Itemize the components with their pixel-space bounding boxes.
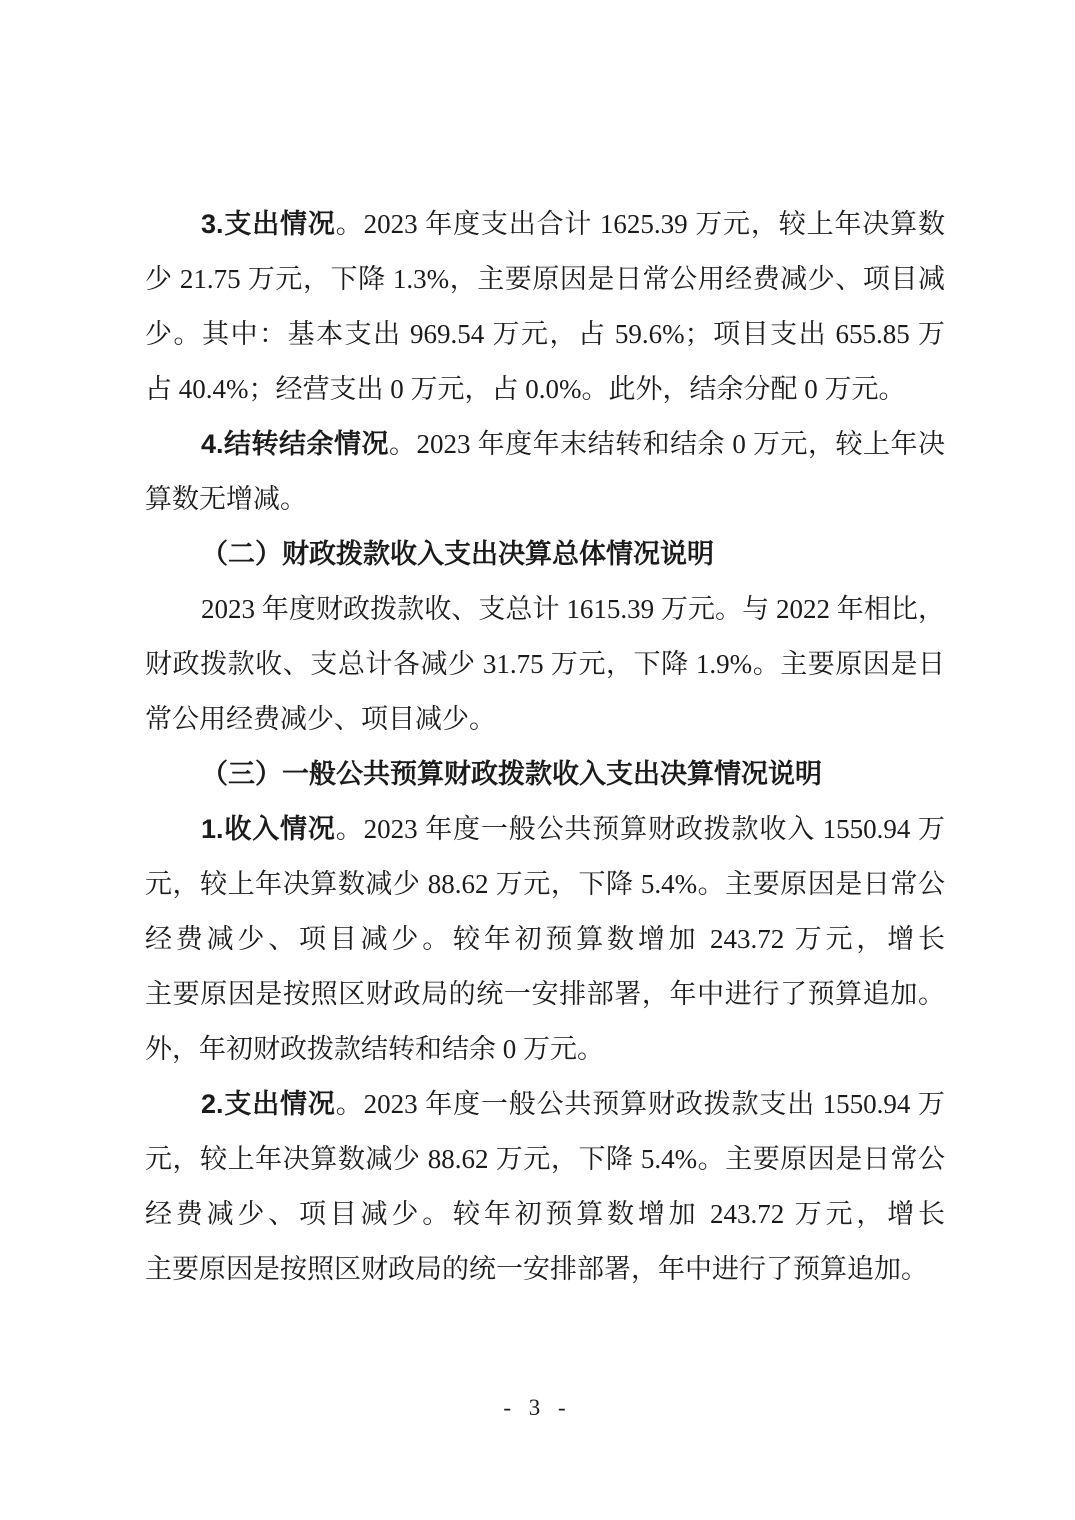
text-line: 少。其中：基本支出 969.54 万元，占 59.6%；项目支出 655.85 … [145,307,945,362]
text-line: 2.支出情况。2023 年度一般公共预算财政拨款支出 1550.94 万 [145,1077,945,1132]
text-segment: 。2023 年度一般公共预算财政拨款收入 1550.94 万 [336,814,945,844]
text-segment: 经费减少、项目减少。较年初预算数增加 243.72 万元，增长 18.6%。 [145,924,945,967]
text-line: 主要原因是按照区财政局的统一安排部署，年中进行了预算追加。此 [145,967,945,1022]
text-segment: 少 21.75 万元，下降 1.3%，主要原因是日常公用经费减少、项目减 [145,264,945,294]
text-line: 占 40.4%；经营支出 0 万元，占 0.0%。此外，结余分配 0 万元。 [145,362,945,417]
text-segment-bold: 3.支出情况 [201,209,336,239]
text-line: 经费减少、项目减少。较年初预算数增加 243.72 万元，增长 18.6%。 [145,1187,945,1242]
text-segment: 主要原因是按照区财政局的统一安排部署，年中进行了预算追加。此 [145,979,945,1022]
text-line: 经费减少、项目减少。较年初预算数增加 243.72 万元，增长 18.6%。 [145,912,945,967]
text-line: 主要原因是按照区财政局的统一安排部署，年中进行了预算追加。 [145,1242,945,1297]
text-segment: 元，较上年决算数减少 88.62 万元，下降 5.4%。主要原因是日常公用 [145,869,945,912]
text-segment: 占 40.4%；经营支出 0 万元，占 0.0%。此外，结余分配 0 万元。 [145,374,905,404]
text-segment-bold: （三）一般公共预算财政拨款收入支出决算情况说明 [201,759,822,789]
text-line: （二）财政拨款收入支出决算总体情况说明 [145,527,945,582]
text-segment: 少。其中：基本支出 969.54 万元，占 59.6%；项目支出 655.85 … [145,319,945,362]
text-line: 2023 年度财政拨款收、支总计 1615.39 万元。与 2022 年相比， [145,582,945,637]
text-segment: 元，较上年决算数减少 88.62 万元，下降 5.4%。主要原因是日常公用 [145,1144,945,1187]
page-footer: - 3 - [0,1395,1075,1421]
document-page: 3.支出情况。2023 年度支出合计 1625.39 万元，较上年决算数减少 2… [0,0,1075,1520]
text-line: 外，年初财政拨款结转和结余 0 万元。 [145,1022,945,1077]
text-line: 元，较上年决算数减少 88.62 万元，下降 5.4%。主要原因是日常公用 [145,857,945,912]
text-line: 3.支出情况。2023 年度支出合计 1625.39 万元，较上年决算数减 [145,197,945,252]
text-line: 常公用经费减少、项目减少。 [145,692,945,747]
text-segment-bold: 1.收入情况 [201,814,336,844]
text-segment: 常公用经费减少、项目减少。 [145,704,496,734]
page-number: - 3 - [503,1395,571,1420]
text-line: 少 21.75 万元，下降 1.3%，主要原因是日常公用经费减少、项目减 [145,252,945,307]
text-line: 算数无增减。 [145,472,945,527]
text-segment: 经费减少、项目减少。较年初预算数增加 243.72 万元，增长 18.6%。 [145,1199,945,1242]
text-line: 元，较上年决算数减少 88.62 万元，下降 5.4%。主要原因是日常公用 [145,1132,945,1187]
text-segment: 算数无增减。 [145,484,307,514]
text-line: 财政拨款收、支总计各减少 31.75 万元，下降 1.9%。主要原因是日 [145,637,945,692]
text-segment: 财政拨款收、支总计各减少 31.75 万元，下降 1.9%。主要原因是日 [145,649,945,679]
text-segment: 。2023 年度一般公共预算财政拨款支出 1550.94 万 [336,1089,945,1119]
text-segment: 。2023 年度年末结转和结余 0 万元，较上年决 [389,429,945,459]
text-segment: 外，年初财政拨款结转和结余 0 万元。 [145,1034,604,1064]
text-segment: 主要原因是按照区财政局的统一安排部署，年中进行了预算追加。 [145,1254,928,1284]
text-segment-bold: 4.结转结余情况 [201,429,389,459]
text-line: 4.结转结余情况。2023 年度年末结转和结余 0 万元，较上年决 [145,417,945,472]
text-segment-bold: 2.支出情况 [201,1089,336,1119]
text-segment-bold: （二）财政拨款收入支出决算总体情况说明 [201,539,714,569]
text-line: 1.收入情况。2023 年度一般公共预算财政拨款收入 1550.94 万 [145,802,945,857]
text-line: （三）一般公共预算财政拨款收入支出决算情况说明 [145,747,945,802]
document-body: 3.支出情况。2023 年度支出合计 1625.39 万元，较上年决算数减少 2… [145,197,945,1297]
text-segment: 2023 年度财政拨款收、支总计 1615.39 万元。与 2022 年相比， [201,594,945,624]
